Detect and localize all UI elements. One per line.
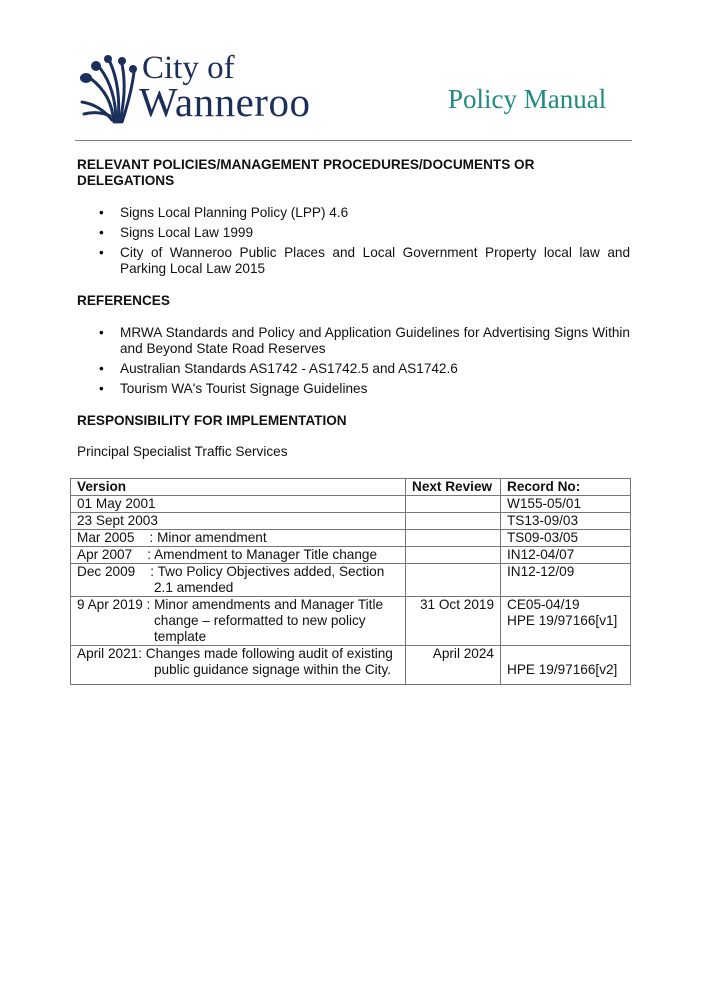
version-cell: Dec 2009 : Two Policy Objectives added, … [71,564,406,597]
record-cell: TS09-03/05 [501,530,631,547]
list-item: Australian Standards AS1742 - AS1742.5 a… [77,361,630,377]
next-review-cell: 31 Oct 2019 [406,597,501,646]
column-header-version: Version [71,479,406,496]
table-row: April 2021: Changes made following audit… [71,646,631,685]
table-header-row: Version Next Review Record No: [71,479,631,496]
header-divider [75,140,632,141]
version-text: Dec 2009 : Two Policy Objectives added, … [77,564,384,579]
record-cell: IN12-12/09 [501,564,631,597]
list-item: Signs Local Planning Policy (LPP) 4.6 [77,205,630,221]
version-cell: Mar 2005 : Minor amendment [71,530,406,547]
next-review-cell [406,547,501,564]
version-cell: April 2021: Changes made following audit… [71,646,406,685]
version-cell: Apr 2007 : Amendment to Manager Title ch… [71,547,406,564]
next-review-cell [406,496,501,513]
next-review-cell [406,530,501,547]
version-text: April 2021: Changes made following audit… [77,646,393,661]
record-cell: HPE 19/97166[v2] [501,646,631,685]
version-text: 9 Apr 2019 : Minor amendments and Manage… [77,597,383,612]
record-line [507,646,624,662]
record-line: HPE 19/97166[v1] [507,613,624,629]
list-item: MRWA Standards and Policy and Applicatio… [77,325,630,357]
version-cell: 23 Sept 2003 [71,513,406,530]
city-of-wanneroo-logo: City of Wanneroo [76,52,326,124]
next-review-cell: April 2024 [406,646,501,685]
next-review-cell [406,513,501,530]
column-header-record-no: Record No: [501,479,631,496]
policy-manual-title: Policy Manual [448,84,606,115]
references-section: REFERENCES MRWA Standards and Policy and… [77,293,630,397]
section-heading: RESPONSIBILITY FOR IMPLEMENTATION [77,413,630,429]
table-row: 9 Apr 2019 : Minor amendments and Manage… [71,597,631,646]
list-item: Tourism WA's Tourist Signage Guidelines [77,381,630,397]
document-body: RELEVANT POLICIES/MANAGEMENT PROCEDURES/… [77,157,630,460]
column-header-next-review: Next Review [406,479,501,496]
relevant-policies-list: Signs Local Planning Policy (LPP) 4.6 Si… [77,205,630,277]
table-row: 23 Sept 2003 TS13-09/03 [71,513,631,530]
relevant-policies-section: RELEVANT POLICIES/MANAGEMENT PROCEDURES/… [77,157,630,277]
version-cell: 9 Apr 2019 : Minor amendments and Manage… [71,597,406,646]
version-text-continued: 2.1 amended [77,580,399,596]
record-cell: TS13-09/03 [501,513,631,530]
kangaroo-paw-icon [76,54,138,124]
record-cell: IN12-04/07 [501,547,631,564]
section-heading: REFERENCES [77,293,630,309]
references-list: MRWA Standards and Policy and Applicatio… [77,325,630,397]
version-history-table: Version Next Review Record No: 01 May 20… [70,478,631,685]
version-cell: 01 May 2001 [71,496,406,513]
next-review-cell [406,564,501,597]
table-row: Dec 2009 : Two Policy Objectives added, … [71,564,631,597]
record-cell: CE05-04/19 HPE 19/97166[v1] [501,597,631,646]
version-text-continued: change – reformatted to new policy templ… [77,613,399,645]
section-heading: RELEVANT POLICIES/MANAGEMENT PROCEDURES/… [77,157,630,189]
table-row: Apr 2007 : Amendment to Manager Title ch… [71,547,631,564]
logo-text-wanneroo: Wanneroo [139,82,310,123]
list-item: City of Wanneroo Public Places and Local… [77,245,630,277]
responsibility-section: RESPONSIBILITY FOR IMPLEMENTATION Princi… [77,413,630,460]
responsibility-text: Principal Specialist Traffic Services [77,444,630,460]
table-row: Mar 2005 : Minor amendment TS09-03/05 [71,530,631,547]
record-line: CE05-04/19 [507,597,624,613]
record-cell: W155-05/01 [501,496,631,513]
version-text-continued: public guidance signage within the City. [77,662,399,678]
table-row: 01 May 2001 W155-05/01 [71,496,631,513]
list-item: Signs Local Law 1999 [77,225,630,241]
record-line: HPE 19/97166[v2] [507,662,624,678]
